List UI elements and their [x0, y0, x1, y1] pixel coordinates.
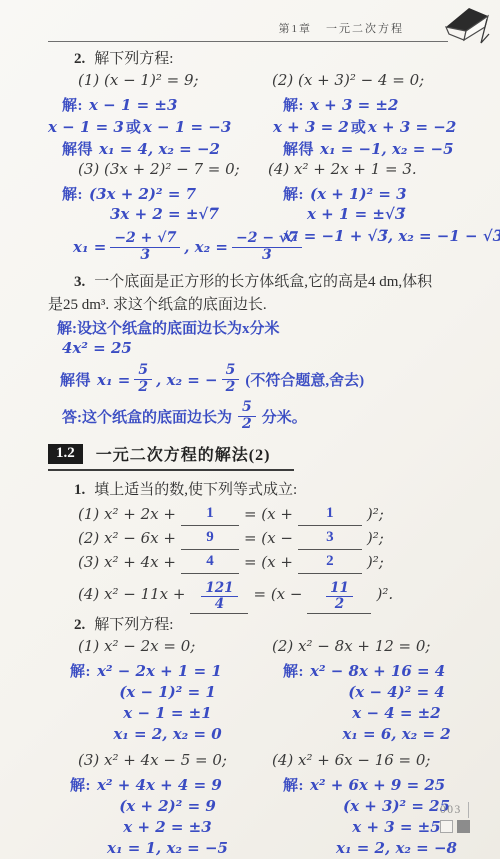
solution-fraction-line: x₁ = −2 + √7̅3 , x₂ = −2 − √7̅3	[48, 227, 261, 267]
solution-line: x₁ = 1, x₂ = −5	[48, 838, 261, 859]
fraction: −2 + √7̅3	[110, 231, 180, 263]
page-content: 2.解下列方程: (1) (x − 1)² = 9; 解:x − 1 = ±3 …	[0, 42, 500, 859]
solution-line: x₁ = 2, x₂ = −8	[261, 838, 470, 859]
blank-field: 1	[298, 502, 362, 526]
solution-fraction-line: 解得 x₁ = 52 , x₂ = − 52 (不符合题意,舍去)	[48, 361, 470, 398]
problem-number: 2.	[74, 617, 85, 633]
fill-row: (3) x² + 4x + 4 = (x + 2 )²;	[48, 550, 470, 574]
solution-line: x + 1 = ±√3̅	[261, 205, 500, 227]
solution-line: (x − 1)² = 1	[48, 682, 261, 703]
question-line: (3) x² + 4x − 5 = 0;	[48, 751, 261, 774]
problem-title: 1.填上适当的数,使下列等式成立:	[48, 479, 470, 502]
fraction: 52	[222, 363, 240, 395]
answer-line: 答:这个纸盒的底面边长为 52 分米。	[48, 398, 470, 435]
header-rule	[48, 41, 448, 42]
solution-line: 解:x + 3 = ±2	[261, 94, 500, 116]
two-column-area: (1) (x − 1)² = 9; 解:x − 1 = ±3 x − 1 = 3…	[48, 71, 470, 267]
right-column: (2) x² − 8x + 12 = 0; 解:x² − 8x + 16 = 4…	[261, 637, 470, 859]
section-1-2: 1.2 一元二次方程的解法(2)	[48, 442, 470, 471]
solution-line: 解:x² − 2x + 1 = 1	[48, 660, 261, 682]
blank-field: 3	[298, 526, 362, 550]
running-head: 第1章一元二次方程	[279, 20, 405, 36]
page-number-row: 003	[440, 802, 470, 818]
fraction: 112	[326, 581, 353, 612]
right-column: (2) (x + 3)² − 4 = 0; 解:x + 3 = ±2 x + 3…	[261, 71, 500, 267]
problem-title: 2.解下列方程:	[48, 48, 470, 71]
problem-statement: 3.一个底面是正方形的长方体纸盒,它的高是4 dm,体积	[48, 271, 470, 294]
solution-line: x₁ = 6, x₂ = 2	[261, 724, 470, 745]
problem-text: 解下列方程:	[94, 51, 173, 67]
book-icon	[440, 4, 494, 46]
solution-line: x + 3 = ±5	[261, 817, 470, 838]
textbook-page: 第1章一元二次方程 2.解下列方程: (1) (x − 1)² = 9; 解:x…	[0, 0, 500, 859]
page-footer: 003	[440, 802, 470, 833]
problem-number: 1.	[74, 482, 85, 498]
solution-line: x + 3 = 2或x + 3 = −2	[261, 116, 500, 138]
question-line: (1) (x − 1)² = 9;	[48, 71, 261, 94]
blank-field: 112	[307, 574, 371, 614]
solution-line: 3x + 2 = ±√7̅	[48, 205, 261, 227]
solution-line: 解得x₁ = 4, x₂ = −2	[48, 138, 261, 160]
fill-row: (1) x² + 2x + 1 = (x + 1 )²;	[48, 502, 470, 526]
section-number-badge: 1.2	[48, 444, 83, 464]
solution-line: 解得x₁ = −1, x₂ = −5	[261, 138, 500, 160]
blank-field: 2	[298, 550, 362, 574]
left-column: (1) x² − 2x = 0; 解:x² − 2x + 1 = 1 (x − …	[48, 637, 261, 859]
problem-3-word: 3.一个底面是正方形的长方体纸盒,它的高是4 dm,体积 是25 dm³. 求这…	[48, 271, 470, 435]
problem-number: 2.	[74, 51, 85, 67]
fraction: 52	[134, 363, 152, 395]
chapter-label: 第1章	[279, 23, 313, 35]
footer-square-filled	[457, 820, 470, 833]
blank-field: 4	[181, 550, 239, 574]
solution-line: 解:x − 1 = ±3	[48, 94, 261, 116]
problem-2-bottom: 2.解下列方程: (1) x² − 2x = 0; 解:x² − 2x + 1 …	[48, 614, 470, 859]
left-column: (1) (x − 1)² = 9; 解:x − 1 = ±3 x − 1 = 3…	[48, 71, 261, 267]
problem-statement: 是25 dm³. 求这个纸盒的底面边长.	[48, 294, 470, 317]
section-title: 一元二次方程的解法(2)	[96, 442, 271, 465]
blank-field: 9	[181, 526, 239, 550]
question-line: (4) x² + 2x + 1 = 3.	[261, 160, 500, 183]
problem-text: 解下列方程:	[94, 617, 173, 633]
footer-square-open	[440, 820, 453, 833]
solution-line: 解:x² − 8x + 16 = 4	[261, 660, 470, 682]
solution-line: x − 1 = ±1	[48, 703, 261, 724]
blank-field: 1	[181, 502, 239, 526]
solution-line: 解:(x + 1)² = 3	[261, 183, 500, 205]
fill-row: (4) x² − 11x + 1214 = (x − 112 )².	[48, 574, 470, 614]
problem-1-fill: 1.填上适当的数,使下列等式成立: (1) x² + 2x + 1 = (x +…	[48, 479, 470, 614]
solution-line: (x − 4)² = 4	[261, 682, 470, 703]
two-column-area: (1) x² − 2x = 0; 解:x² − 2x + 1 = 1 (x − …	[48, 637, 470, 859]
solution-line: (x + 2)² = 9	[48, 796, 261, 817]
question-line: (2) x² − 8x + 12 = 0;	[261, 637, 470, 660]
solution-line: 解:设这个纸盒的底面边长为x分米	[48, 317, 470, 339]
question-line: (4) x² + 6x − 16 = 0;	[261, 751, 470, 774]
fill-row: (2) x² − 6x + 9 = (x − 3 )²;	[48, 526, 470, 550]
footer-tick	[468, 802, 469, 818]
section-heading: 1.2 一元二次方程的解法(2)	[48, 442, 294, 471]
page-header: 第1章一元二次方程	[0, 0, 500, 42]
problem-title: 2.解下列方程:	[48, 614, 470, 637]
fraction: 52	[238, 400, 256, 432]
problem-2-top: 2.解下列方程: (1) (x − 1)² = 9; 解:x − 1 = ±3 …	[48, 48, 470, 267]
question-line: (1) x² − 2x = 0;	[48, 637, 261, 660]
solution-line: 4x² = 25	[48, 339, 470, 361]
solution-line: x₁ = 2, x₂ = 0	[48, 724, 261, 745]
solution-line: x − 4 = ±2	[261, 703, 470, 724]
question-line: (2) (x + 3)² − 4 = 0;	[261, 71, 500, 94]
page-number: 003	[440, 804, 462, 816]
solution-line: (x + 3)² = 25	[261, 796, 470, 817]
question-line: (3) (3x + 2)² − 7 = 0;	[48, 160, 261, 183]
footer-marks	[440, 820, 470, 833]
blank-field: 1214	[190, 574, 248, 614]
fraction: 1214	[201, 581, 237, 612]
solution-line: 解:x² + 4x + 4 = 9	[48, 774, 261, 796]
solution-line: 解:(3x + 2)² = 7	[48, 183, 261, 205]
problem-text: 填上适当的数,使下列等式成立:	[94, 482, 297, 498]
book-title: 一元二次方程	[326, 23, 404, 35]
solution-line: x − 1 = 3或x − 1 = −3	[48, 116, 261, 138]
solution-line: x₁ = −1 + √3̅, x₂ = −1 − √3̅	[261, 227, 500, 249]
solution-line: 解:x² + 6x + 9 = 25	[261, 774, 470, 796]
solution-line: x + 2 = ±3	[48, 817, 261, 838]
